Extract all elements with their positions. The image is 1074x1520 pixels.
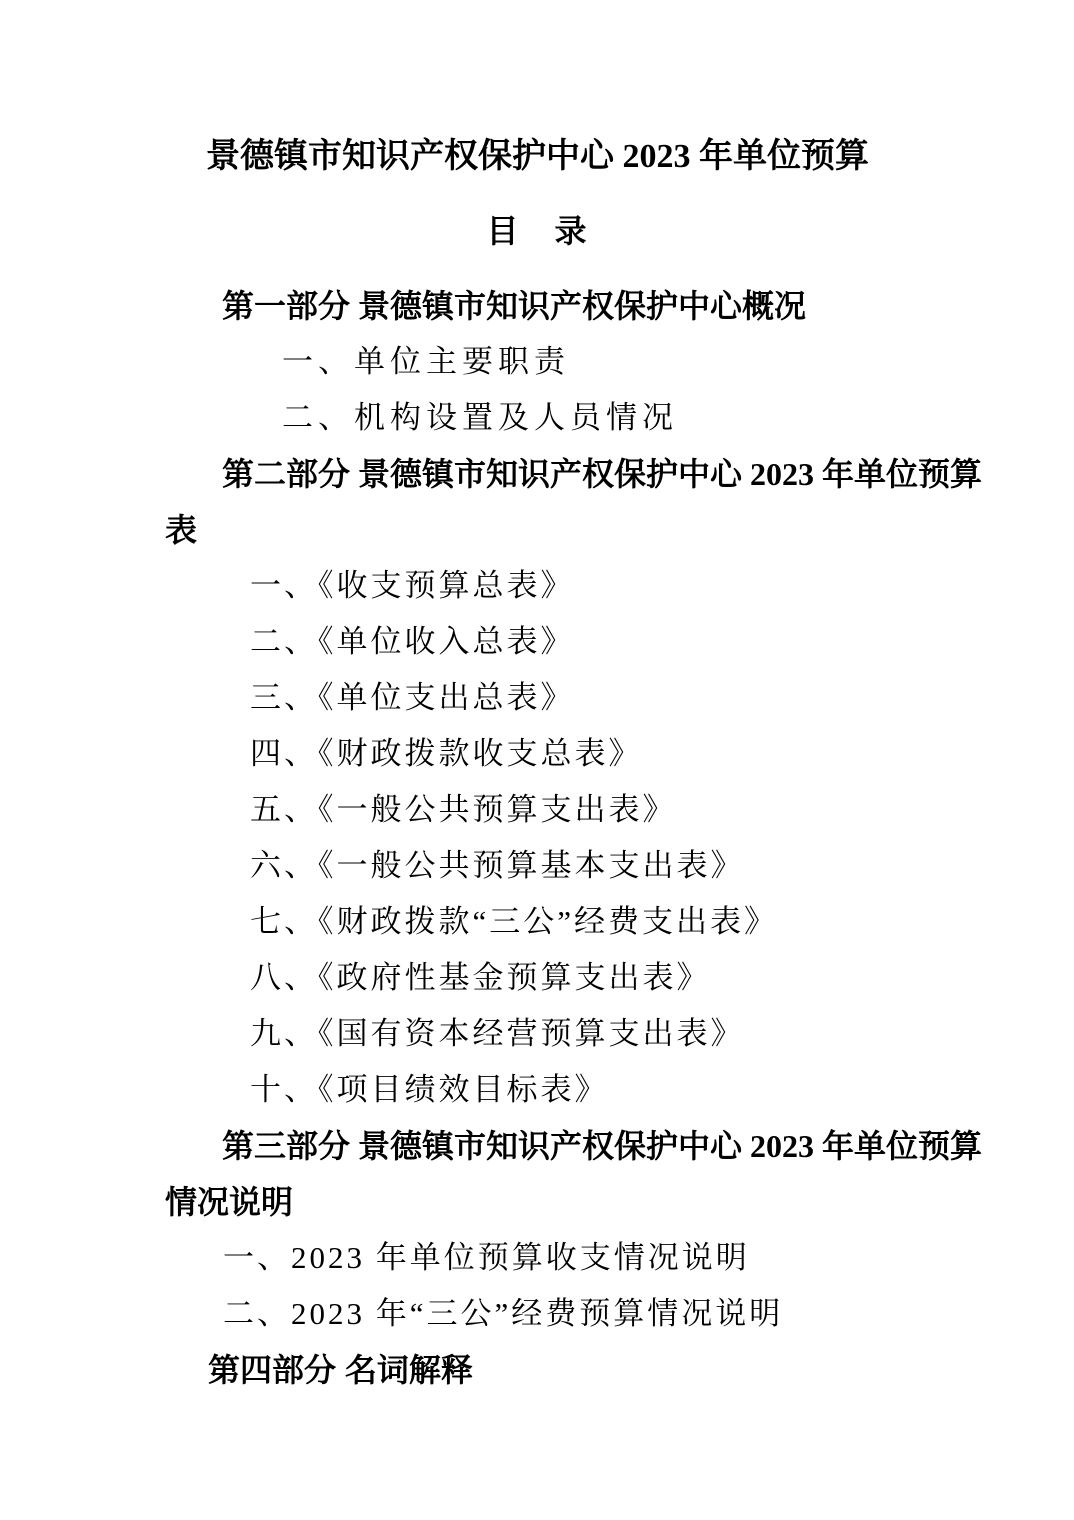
document-title: 景德镇市知识产权保护中心 2023 年单位预算 (165, 126, 910, 188)
part4-heading: 第四部分 名词解释 (165, 1342, 910, 1398)
page-content: 景德镇市知识产权保护中心 2023 年单位预算 目 录 第一部分 景德镇市知识产… (0, 0, 1074, 1398)
part2-heading-line2: 表 (165, 502, 910, 558)
part3-heading-line1: 第三部分 景德镇市知识产权保护中心 2023 年单位预算 (165, 1118, 910, 1174)
document-page: 景德镇市知识产权保护中心 2023 年单位预算 目 录 第一部分 景德镇市知识产… (0, 0, 1074, 1520)
toc-entry-part2-item-9: 九、《国有资本经营预算支出表》 (165, 1006, 910, 1062)
toc-entry-part2-item-8: 八、《政府性基金预算支出表》 (165, 950, 910, 1006)
toc-entry-part1-item-2: 二、机构设置及人员情况 (165, 390, 910, 446)
part2-heading-line1: 第二部分 景德镇市知识产权保护中心 2023 年单位预算 (165, 446, 910, 502)
toc-entry-part2-item-7: 七、《财政拨款“三公”经费支出表》 (165, 894, 910, 950)
toc-entry-part3-item-2: 二、2023 年“三公”经费预算情况说明 (165, 1286, 910, 1342)
toc-entry-part2-item-10: 十、《项目绩效目标表》 (165, 1062, 910, 1118)
toc-entry-part1-item-1: 一、单位主要职责 (165, 334, 910, 390)
toc-title: 目 录 (165, 202, 910, 260)
toc-entry-part3-item-1: 一、2023 年单位预算收支情况说明 (165, 1230, 910, 1286)
toc-entry-part2-item-4: 四、《财政拨款收支总表》 (165, 726, 910, 782)
part3-heading-line2: 情况说明 (165, 1174, 910, 1230)
toc-entry-part2-item-6: 六、《一般公共预算基本支出表》 (165, 838, 910, 894)
toc-entry-part2-item-3: 三、《单位支出总表》 (165, 670, 910, 726)
toc-entry-part2-item-5: 五、《一般公共预算支出表》 (165, 782, 910, 838)
toc-entry-part2-item-2: 二、《单位收入总表》 (165, 614, 910, 670)
toc-entry-part2-item-1: 一、《收支预算总表》 (165, 558, 910, 614)
part1-heading: 第一部分 景德镇市知识产权保护中心概况 (165, 278, 910, 334)
